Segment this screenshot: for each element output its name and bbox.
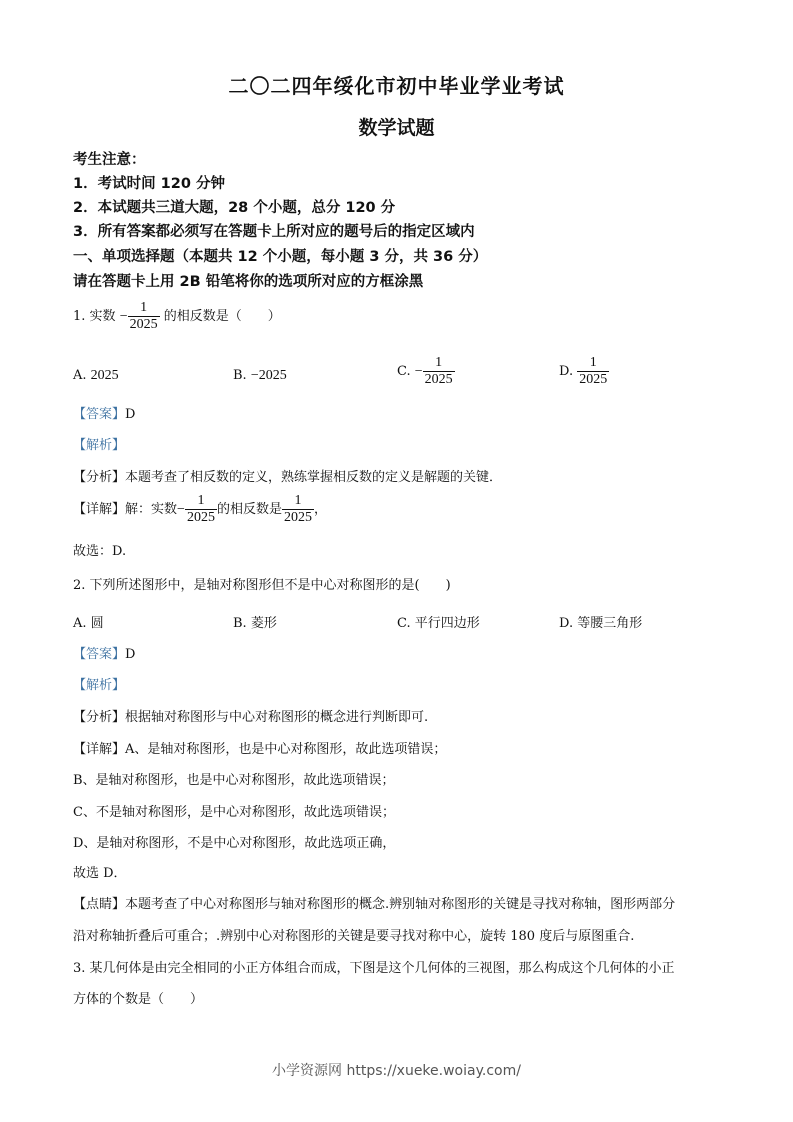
q1-detail: 【详解】解：实数−12025的相反数是12025， — [73, 493, 327, 526]
q2-dianjing-2: 沿对称轴折叠后可重合；.辨别中心对称图形的关键是要寻找对称中心，旋转 180 度… — [73, 925, 634, 944]
q2-analysis-tag: 【解析】 — [73, 674, 125, 693]
exam-subtitle: 数学试题 — [0, 113, 793, 140]
q1-answer: 【答案】D — [73, 403, 135, 422]
q1-fenxi: 【分析】本题考查了相反数的定义，熟练掌握相反数的定义是解题的关键． — [73, 466, 502, 485]
q2-option-a: A. 圆 — [73, 612, 104, 631]
q2-detail-b: B、是轴对称图形，也是中心对称图形，故此选项错误； — [73, 769, 395, 788]
q2-detail-c: C、不是轴对称图形，是中心对称图形，故此选项错误； — [73, 801, 395, 820]
q1-option-d: D. 12025 — [559, 355, 609, 388]
q1-option-b: B. −2025 — [233, 368, 287, 384]
q2-answer: 【答案】D — [73, 643, 135, 662]
q2-option-b: B. 菱形 — [233, 612, 277, 631]
q2-dianjing-1: 【点睛】本题考查了中心对称图形与轴对称图形的概念.辨别轴对称图形的关键是寻找对称… — [73, 893, 675, 912]
q2-detail-a: 【详解】A、是轴对称图形，也是中心对称图形，故此选项错误； — [73, 738, 446, 757]
q1-analysis-tag: 【解析】 — [73, 434, 125, 453]
q2-option-d: D. 等腰三角形 — [559, 612, 642, 631]
section-heading: 一、单项选择题（本题共 12 个小题，每小题 3 分，共 36 分） — [73, 245, 487, 266]
notice-item-1: 1．考试时间 120 分钟 — [73, 172, 225, 193]
footer-watermark: 小学资源网 https://xueke.woiay.com/ — [0, 1060, 793, 1080]
question-2-stem: 2. 下列所述图形中，是轴对称图形但不是中心对称图形的是( ) — [73, 574, 451, 593]
section-instruction: 请在答题卡上用 2B 铅笔将你的选项所对应的方框涂黑 — [73, 270, 423, 291]
q1-conclusion: 故选：D. — [73, 540, 126, 559]
notice-item-3: 3．所有答案都必须写在答题卡上所对应的题号后的指定区域内 — [73, 220, 475, 241]
q1-option-c: C. −12025 — [397, 355, 455, 388]
notice-heading: 考生注意： — [73, 148, 146, 169]
fraction: 12025 — [128, 300, 160, 333]
question-1-stem: 1. 实数 −12025 的相反数是（ ） — [73, 300, 281, 333]
notice-item-2: 2．本试题共三道大题，28 个小题，总分 120 分 — [73, 196, 395, 217]
q2-fenxi: 【分析】根据轴对称图形与中心对称图形的概念进行判断即可. — [73, 706, 428, 725]
question-3-stem-2: 方体的个数是（ ） — [73, 988, 203, 1007]
q2-conclusion: 故选 D． — [73, 862, 127, 881]
q2-option-c: C. 平行四边形 — [397, 612, 480, 631]
question-3-stem-1: 3. 某几何体是由完全相同的小正方体组合而成，下图是这个几何体的三视图，那么构成… — [73, 957, 675, 976]
q1-option-a: A. 2025 — [73, 368, 119, 384]
exam-title: 二〇二四年绥化市初中毕业学业考试 — [0, 70, 793, 99]
q2-detail-d: D、是轴对称图形，不是中心对称图形，故此选项正确， — [73, 832, 395, 851]
